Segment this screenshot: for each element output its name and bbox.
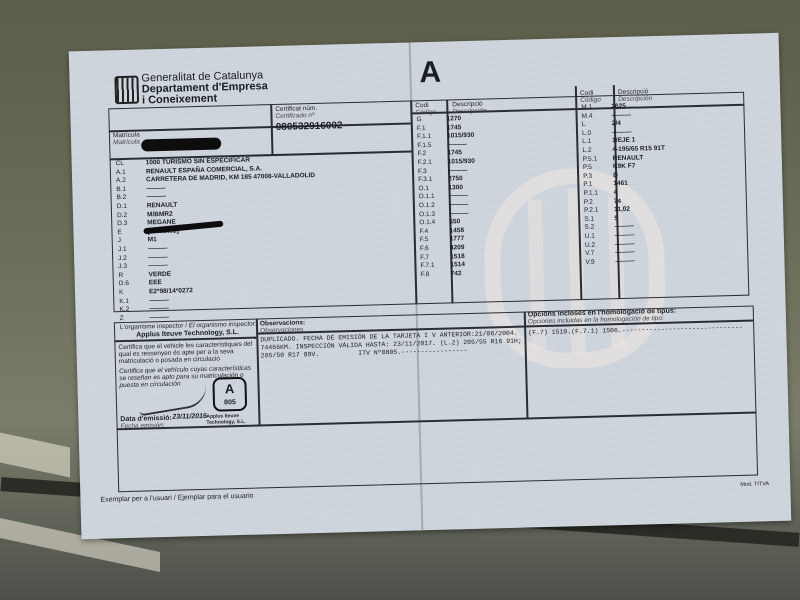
middle-field-list: G1270F.11745F.1.11015/930F.1.5———F.21745… bbox=[411, 115, 478, 280]
form-letter: A bbox=[419, 56, 442, 91]
copy-label: Exemplar per a l'usuari / Ejemplar para … bbox=[100, 493, 253, 504]
field-value: ——— bbox=[449, 209, 469, 218]
vehicle-technical-card: Generalitat de Catalunya Departament d'E… bbox=[69, 33, 792, 539]
field-value: ——— bbox=[150, 314, 170, 323]
middle-desc-header: DescripcióDescripción bbox=[452, 100, 486, 115]
matricula-label-es: Matrícula bbox=[113, 139, 140, 147]
field-value: 742 bbox=[451, 270, 462, 279]
field-value: 5 bbox=[614, 215, 618, 224]
right-code-header: CodiCódigo bbox=[580, 89, 601, 104]
field-value: 1300 bbox=[448, 184, 463, 193]
field-value: 2/4 bbox=[612, 120, 621, 129]
field-code: V.9 bbox=[579, 258, 615, 268]
left-field-list: CL1000 TURISMO SIN ESPECIFICARA.1RENAULT… bbox=[110, 155, 319, 324]
certificate-number: 080532916002 bbox=[276, 120, 343, 133]
field-value: 1514 bbox=[450, 261, 465, 270]
stamp-company: Applus Iteuve Technology, S.L. bbox=[206, 413, 256, 426]
field-code: Z bbox=[114, 314, 150, 324]
field-value: 11,02 bbox=[614, 206, 630, 215]
field-value: 1745 bbox=[447, 149, 462, 158]
redacted-plate-number bbox=[141, 137, 221, 151]
issue-date: 23/11/2016 bbox=[172, 413, 207, 421]
date-label-es: Fecha emisión: bbox=[120, 422, 172, 430]
observations-label: Observacions: Observaciones bbox=[260, 319, 306, 334]
catalonia-logo-icon bbox=[114, 76, 139, 105]
certificat-label-es: Certificado nº bbox=[275, 112, 317, 120]
field-value: 74 bbox=[614, 198, 621, 207]
field-value: VERDE bbox=[149, 270, 172, 279]
field-value: 4 bbox=[614, 189, 618, 198]
middle-code-header: CodiCódigo bbox=[415, 102, 436, 117]
field-value: ——— bbox=[615, 257, 635, 266]
certificat-label: Certificat núm. Certificado nº bbox=[275, 105, 317, 120]
obs-label-es: Observaciones bbox=[260, 326, 305, 334]
field-value: 1777 bbox=[450, 235, 465, 244]
field-value: 1461 bbox=[613, 180, 628, 189]
stamp-letter: A bbox=[225, 381, 235, 396]
field-value: M1 bbox=[148, 236, 157, 245]
field-value: ——— bbox=[612, 111, 632, 120]
inspection-stamp: A 805 bbox=[212, 377, 247, 412]
field-value: ——— bbox=[447, 141, 467, 150]
field-value: E2*98/14*0272 bbox=[149, 287, 193, 297]
issue-date-label: Data d'emissió: Fecha emisión: bbox=[120, 415, 172, 430]
light-reflection bbox=[0, 433, 70, 478]
field-value: D bbox=[613, 172, 618, 181]
field-row: F.8742 bbox=[415, 269, 478, 279]
field-value: 1015/930 bbox=[448, 158, 475, 167]
inspector-cert-ca: Certifica que el vehicle les característ… bbox=[118, 341, 255, 366]
field-value: K9K F7 bbox=[613, 163, 636, 172]
right-desc-header: DescripcióDescripción bbox=[618, 88, 652, 103]
field-value: ——— bbox=[448, 167, 468, 176]
field-code: F.8 bbox=[415, 270, 451, 280]
field-value: 1458 bbox=[449, 227, 464, 236]
field-value: EEE bbox=[149, 279, 162, 288]
stamp-number: 805 bbox=[215, 399, 245, 408]
field-value: 650 bbox=[449, 218, 460, 227]
field-value: 1015/930 bbox=[447, 132, 474, 141]
issuer-header: Generalitat de Catalunya Departament d'E… bbox=[141, 70, 268, 106]
right-field-list: M.12625M.4———L2/4L.0———L.11/EJE 1L.24-19… bbox=[575, 102, 668, 268]
matricula-label: Matrícula Matrícula bbox=[113, 132, 140, 147]
field-value: 2625 bbox=[611, 103, 626, 112]
field-value: 2750 bbox=[448, 175, 463, 184]
field-value: 1518 bbox=[450, 253, 465, 262]
field-value: 1270 bbox=[447, 115, 462, 124]
model-code: Mod. TITVA bbox=[740, 481, 769, 489]
field-value: 4209 bbox=[450, 244, 465, 253]
